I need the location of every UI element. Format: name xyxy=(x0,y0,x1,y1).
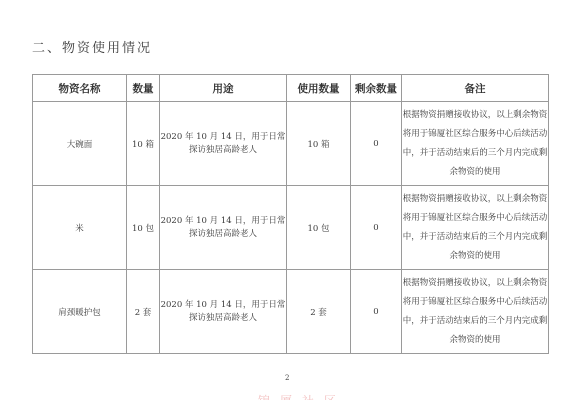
table-header-row: 物资名称 数量 用途 使用数量 剩余数量 备注 xyxy=(33,75,549,102)
header-notes: 备注 xyxy=(402,75,549,102)
header-used-quantity: 使用数量 xyxy=(287,75,351,102)
table-row: 米 10 包 2020 年 10 月 14 日，用于日常探访独居高龄老人 10 … xyxy=(33,186,549,270)
cell-quantity: 10 包 xyxy=(127,186,160,270)
cell-remaining-quantity: 0 xyxy=(351,102,402,186)
header-purpose: 用途 xyxy=(160,75,287,102)
section-title: 二、物资使用情况 xyxy=(32,37,152,56)
header-remaining-quantity: 剩余数量 xyxy=(351,75,402,102)
cell-quantity: 2 套 xyxy=(127,270,160,354)
cell-item-name: 大碗面 xyxy=(33,102,127,186)
cell-used-quantity: 10 包 xyxy=(287,186,351,270)
page-number: 2 xyxy=(285,374,289,382)
table-row: 大碗面 10 箱 2020 年 10 月 14 日，用于日常探访独居高龄老人 1… xyxy=(33,102,549,186)
cell-remaining-quantity: 0 xyxy=(351,186,402,270)
cell-notes: 根据物资捐赠接收协议，以上剩余物资将用于锦厦社区综合服务中心后续活动中，并于活动… xyxy=(402,102,549,186)
cell-used-quantity: 2 套 xyxy=(287,270,351,354)
cell-purpose: 2020 年 10 月 14 日，用于日常探访独居高龄老人 xyxy=(160,102,287,186)
table-row: 肩颈暖护包 2 套 2020 年 10 月 14 日，用于日常探访独居高龄老人 … xyxy=(33,270,549,354)
cell-item-name: 肩颈暖护包 xyxy=(33,270,127,354)
cell-purpose: 2020 年 10 月 14 日，用于日常探访独居高龄老人 xyxy=(160,270,287,354)
cell-purpose: 2020 年 10 月 14 日，用于日常探访独居高龄老人 xyxy=(160,186,287,270)
cell-item-name: 米 xyxy=(33,186,127,270)
header-item-name: 物资名称 xyxy=(33,75,127,102)
cell-quantity: 10 箱 xyxy=(127,102,160,186)
header-quantity: 数量 xyxy=(127,75,160,102)
cell-notes: 根据物资捐赠接收协议，以上剩余物资将用于锦厦社区综合服务中心后续活动中，并于活动… xyxy=(402,186,549,270)
cell-notes: 根据物资捐赠接收协议，以上剩余物资将用于锦厦社区综合服务中心后续活动中，并于活动… xyxy=(402,270,549,354)
cell-remaining-quantity: 0 xyxy=(351,270,402,354)
materials-usage-table: 物资名称 数量 用途 使用数量 剩余数量 备注 大碗面 10 箱 2020 年 … xyxy=(32,74,549,354)
red-seal-stamp: 锦厦社区 xyxy=(258,392,348,400)
cell-used-quantity: 10 箱 xyxy=(287,102,351,186)
